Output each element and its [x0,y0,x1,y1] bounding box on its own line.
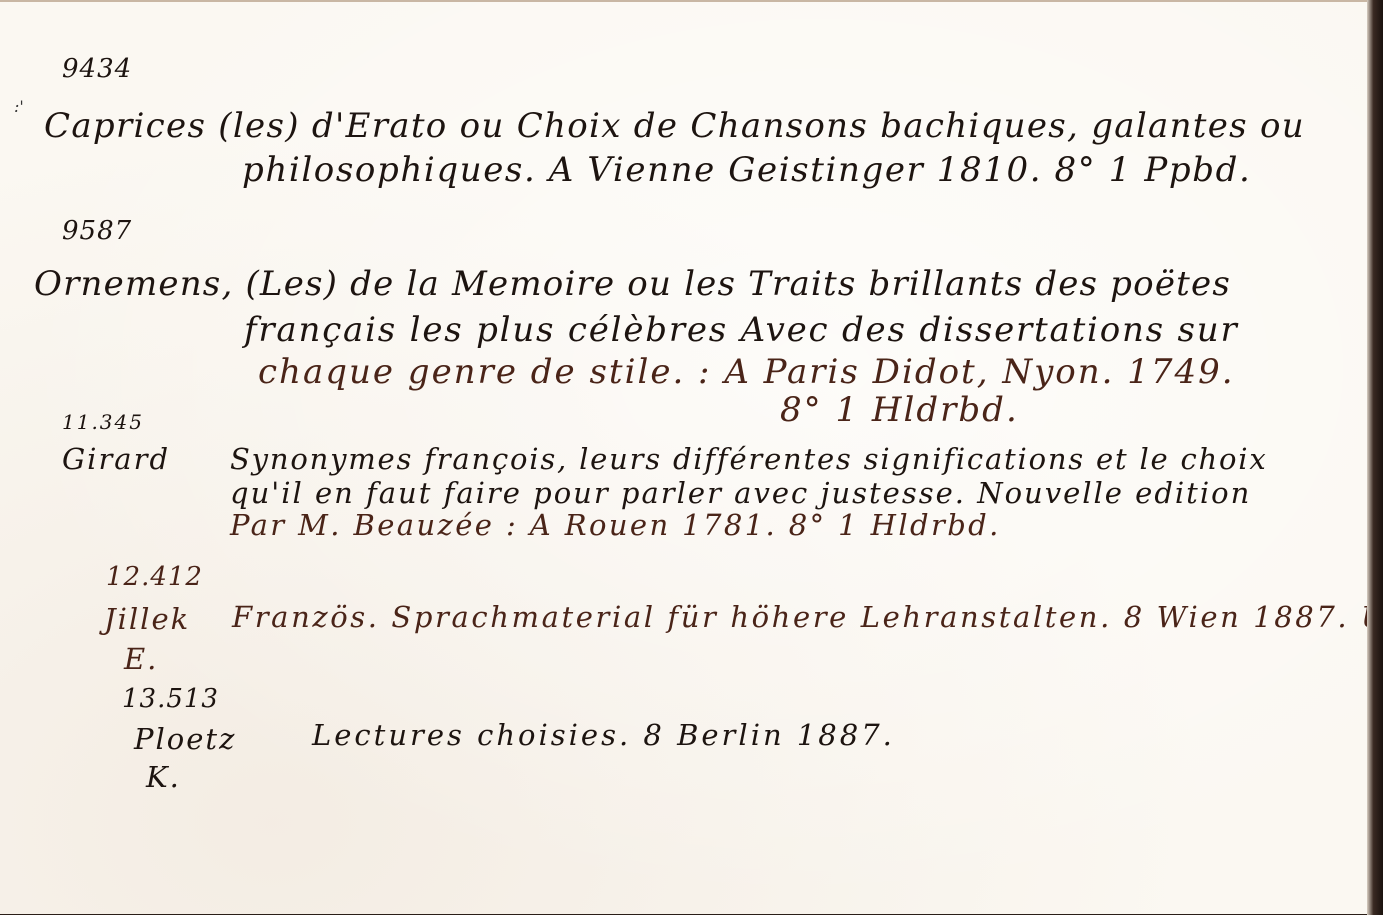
entry-number: 9587 [62,216,132,246]
entry-line: 8° 1 Hldrbd. [780,390,1019,430]
entry-line: chaque genre de stile. : A Paris Didot, … [258,352,1235,392]
entry-number: 12.412 [106,562,203,592]
entry-author: Jillek [104,602,190,636]
book-binding-edge [1367,0,1383,915]
entry-author: Ploetz [134,722,236,756]
entry-line: Caprices (les) d'Erato ou Choix de Chans… [44,106,1305,146]
entry-line: Par M. Beauzée : A Rouen 1781. 8° 1 Hldr… [230,508,1001,542]
catalog-page: :' 9434 Caprices (les) d'Erato ou Choix … [0,0,1368,914]
entry-author-initial: E. [124,642,158,676]
entry-number: 11.345 [62,410,144,434]
entry-number: 9434 [62,54,132,84]
entry-number: 13.513 [122,684,219,714]
margin-mark: :' [14,97,24,116]
entry-line: Ornemens, (Les) de la Memoire ou les Tra… [34,264,1231,304]
entry-author: Girard [62,442,170,476]
entry-line: qu'il en faut faire pour parler avec jus… [230,476,1251,510]
entry-line: Französ. Sprachmaterial für höhere Lehra… [232,600,1383,634]
entry-line: Synonymes françois, leurs différentes si… [230,442,1268,476]
entry-line: français les plus célèbres Avec des diss… [244,310,1239,350]
entry-line: philosophiques. A Vienne Geistinger 1810… [242,150,1251,190]
entry-author-initial: K. [146,760,181,794]
entry-line: Lectures choisies. 8 Berlin 1887. [312,718,895,752]
